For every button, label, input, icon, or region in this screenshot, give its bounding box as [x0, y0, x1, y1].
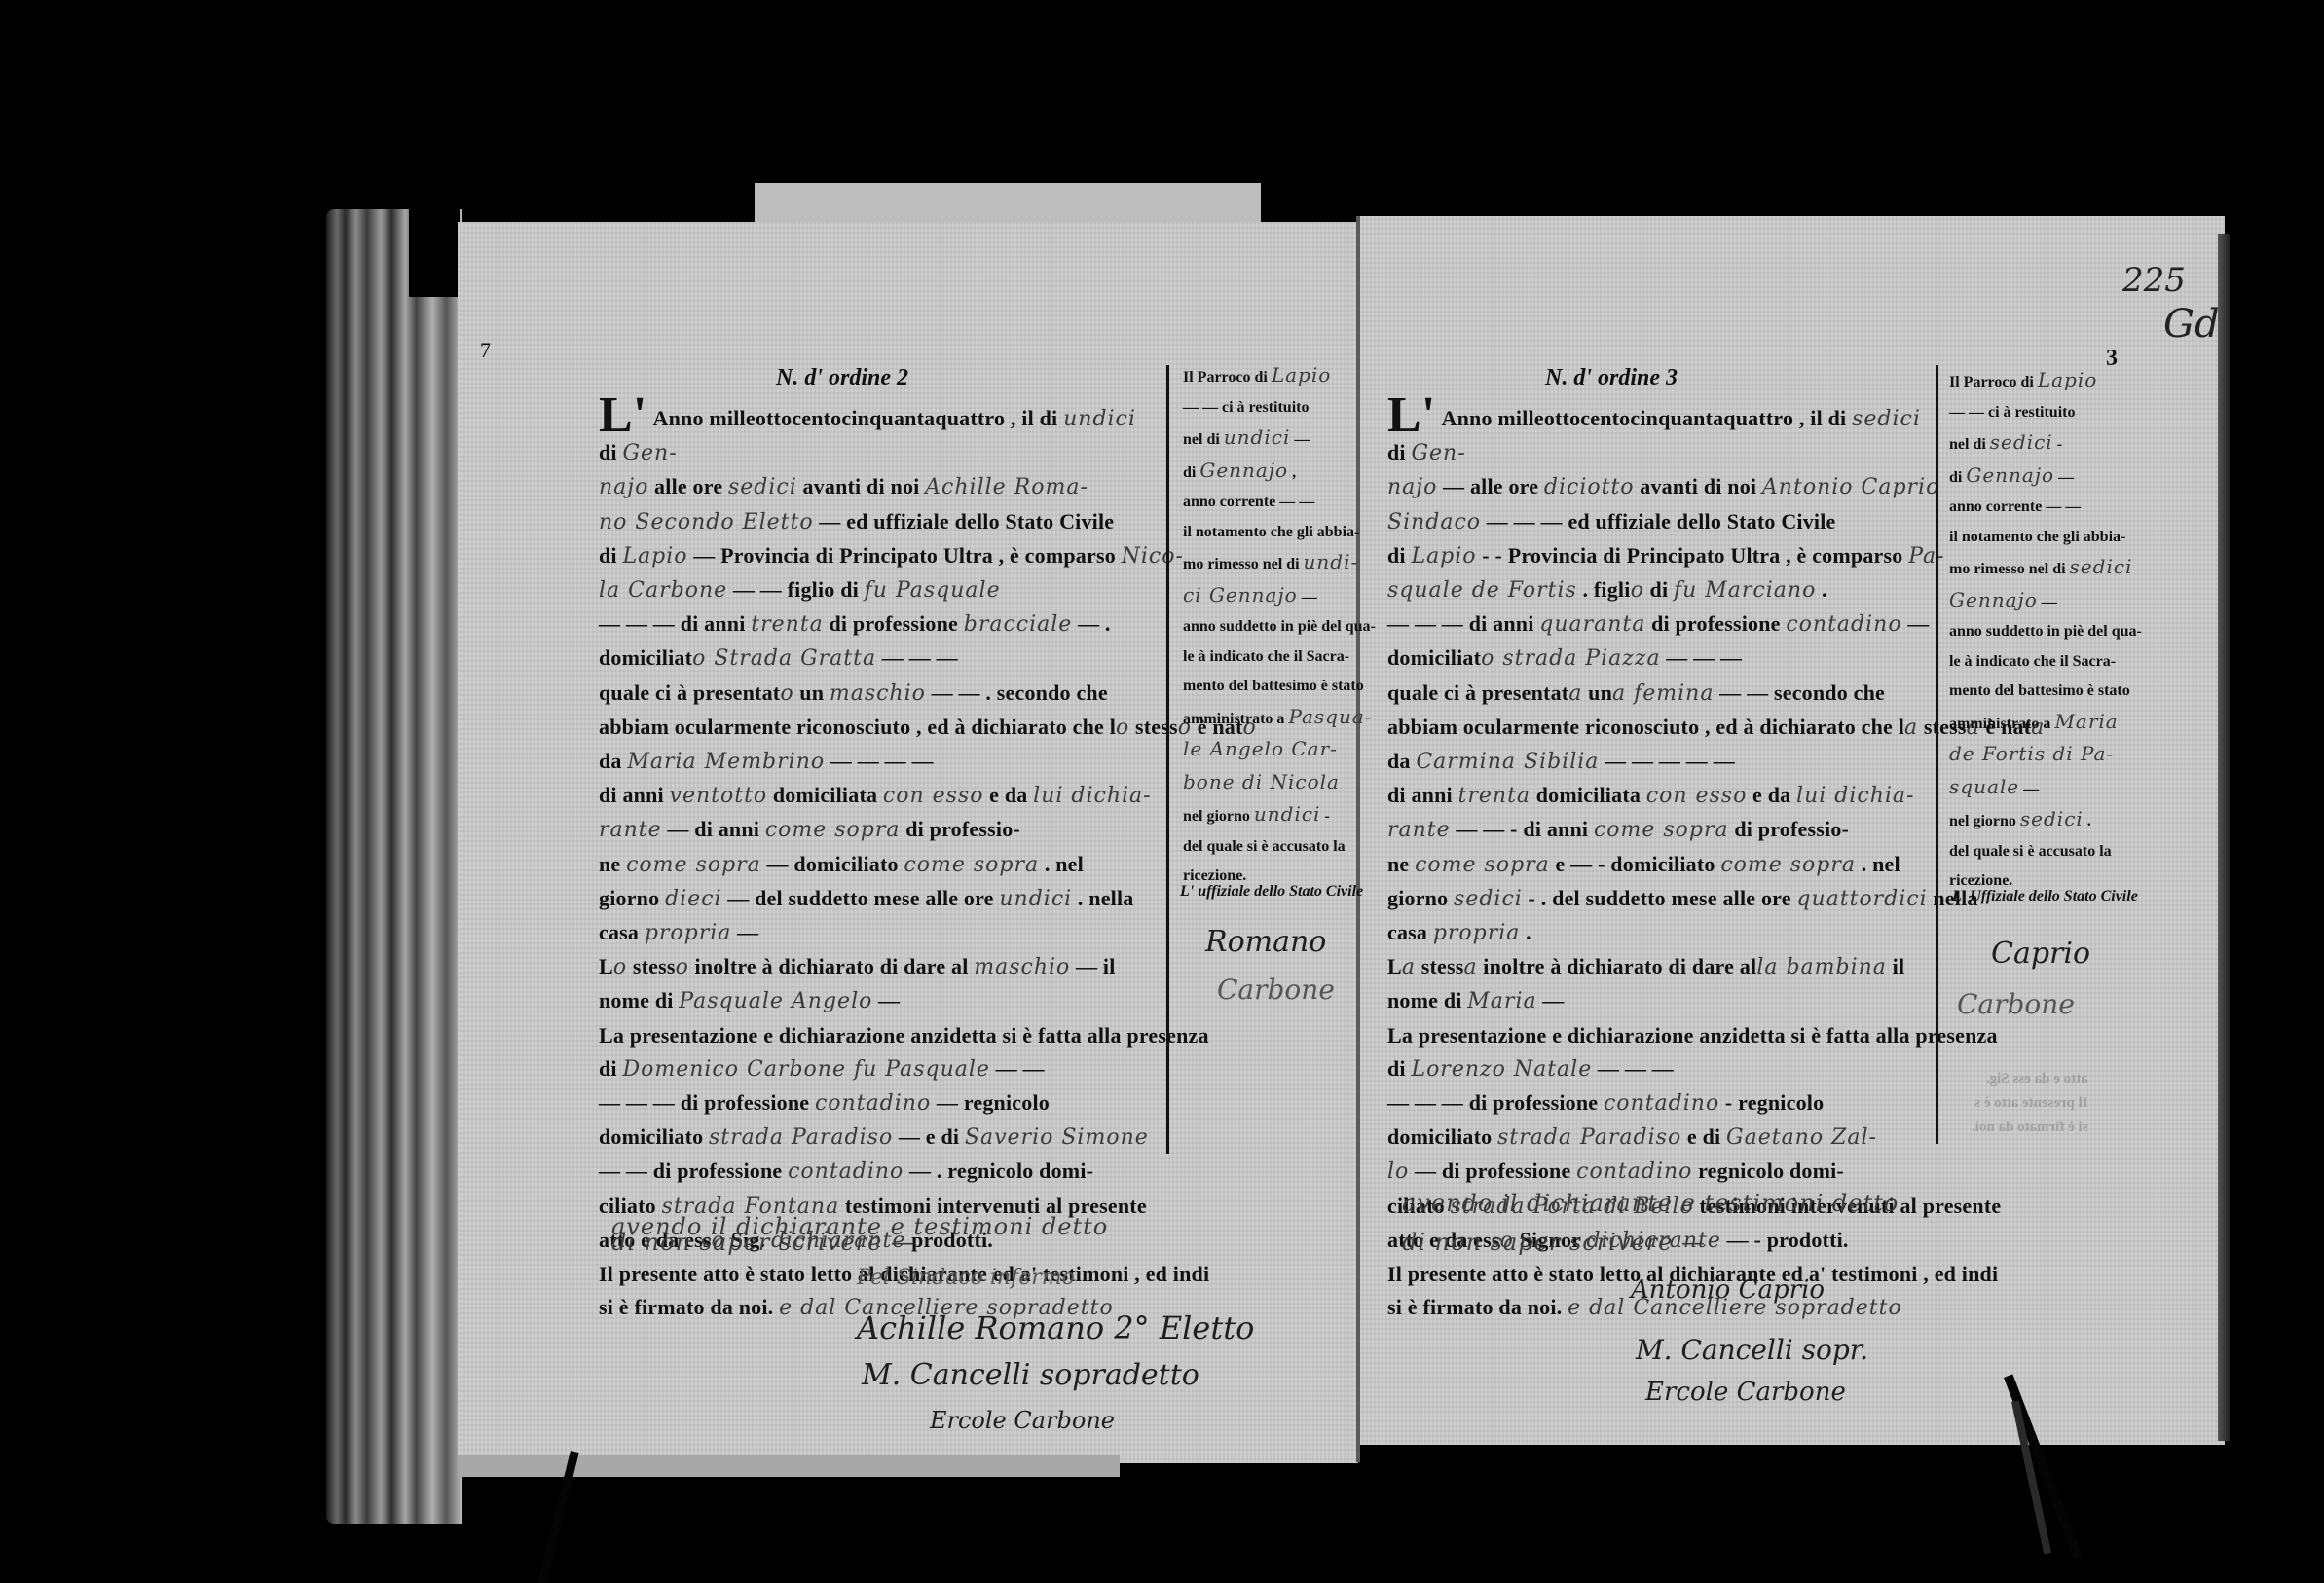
printed-text: mento del battesimo è stato [1949, 682, 2130, 699]
printed-text: — di anni [662, 817, 765, 841]
text-line: — — — di anni quaranta di professione co… [1387, 607, 1928, 642]
text-line: il notamento che gli abbia- [1949, 523, 2134, 553]
handwritten-entry: come sopra [904, 853, 1039, 877]
text-line: il notamento che gli abbia- [1183, 518, 1356, 548]
printed-text: — — secondo che [1714, 681, 1885, 705]
right-handwritten-tail-2: di non saper scrivere — [1402, 1229, 1706, 1256]
right-dropcap: L' [1387, 387, 1436, 443]
handwritten-entry: sedici [1852, 407, 1921, 431]
text-line: anno suddetto in piè del qua- [1183, 612, 1356, 643]
handwritten-entry: Nico- [1122, 544, 1184, 569]
handwritten-entry: a [1568, 681, 1582, 706]
handwritten-entry: Lorenzo Natale [1411, 1057, 1592, 1082]
right-officer-signature-1: Caprio [1991, 937, 2090, 971]
printed-text: . nella [1072, 886, 1133, 910]
handwritten-entry: sedici [728, 475, 797, 499]
handwritten-entry: come sopra [1720, 853, 1856, 877]
handwritten-entry: Maria Membrino [627, 750, 825, 774]
printed-text: — — di professione [599, 1159, 788, 1183]
text-line: casa propria — [599, 916, 1154, 950]
text-line: mo rimesso nel di sedici [1949, 552, 2134, 585]
printed-text: — . [1072, 611, 1110, 636]
printed-text: mo rimesso nel di [1183, 556, 1304, 572]
printed-text: stess [627, 954, 675, 978]
text-line: de Fortis di Pa- [1949, 739, 2134, 772]
handwritten-entry: Gennajo [1949, 588, 2038, 611]
handwritten-entry: come sopra [1415, 853, 1550, 877]
right-signature-1: Antonio Caprio [1631, 1275, 1825, 1305]
printed-text: casa [599, 920, 645, 944]
right-signature-2: M. Cancelli sopr. [1636, 1334, 1868, 1366]
printed-text: domiciliata [1531, 783, 1646, 807]
handwritten-entry: undici [999, 887, 1072, 911]
printed-text: — del suddetto mese alle ore [722, 886, 1000, 910]
handwritten-entry: Gaetano Zal- [1726, 1125, 1877, 1150]
printed-text: — [1537, 988, 1565, 1012]
text-line: quale ci à presentata una femina — — sec… [1387, 677, 1928, 711]
text-line: giorno sedici - . del suddetto mese alle… [1387, 882, 1928, 916]
printed-text: . figli [1577, 577, 1631, 602]
printed-text: — — — [876, 645, 958, 670]
handwritten-entry: trenta [751, 612, 824, 637]
printed-text: anno suddetto in piè del qua- [1183, 618, 1376, 635]
handwritten-entry: Pasqua- [1288, 705, 1372, 728]
handwritten-entry: o [613, 955, 627, 979]
printed-text: amministrato a [1949, 716, 2054, 732]
printed-text: — [2054, 469, 2074, 486]
printed-text: — . regnicolo domi- [904, 1159, 1093, 1183]
handwritten-entry: undici [1224, 425, 1291, 449]
text-line: squale de Fortis . figlio di fu Marciano… [1387, 573, 1928, 607]
left-column-rule [1166, 365, 1169, 1154]
handwritten-entry: squale [1949, 775, 2019, 798]
handwritten-entry: bone di Nicola [1183, 770, 1340, 793]
printed-text: . nel [1856, 852, 1900, 876]
text-line: del quale si è accusato la [1949, 837, 2134, 867]
text-line: rante — — - di anni come sopra di profes… [1387, 813, 1928, 847]
handwritten-entry: rante [599, 818, 662, 842]
printed-text: di anni [1387, 783, 1458, 807]
handwritten-entry: o [676, 955, 689, 979]
handwritten-entry: sedici [2070, 555, 2133, 578]
text-line: no Secondo Eletto — ed uffiziale dello S… [599, 505, 1154, 539]
left-officer-signature-2: Carbone [1217, 974, 1335, 1006]
printed-text: nome di [599, 988, 679, 1012]
printed-text: . [1520, 920, 1531, 944]
left-dropcap: L' [599, 387, 647, 443]
text-line: ne come sopra e — - domiciliato come sop… [1387, 848, 1928, 882]
handwritten-entry: undi- [1304, 550, 1359, 573]
text-line: casa propria . [1387, 916, 1928, 950]
text-line: abbiam ocularmente riconosciuto , ed à d… [599, 711, 1154, 745]
text-line: di Gennajo — [1949, 460, 2134, 494]
left-signature-4: Ercole Carbone [930, 1407, 1115, 1434]
spine-shadow [409, 209, 460, 297]
text-line: lo — di professione contadino regnicolo … [1387, 1155, 1928, 1189]
handwritten-entry: contadino [1576, 1160, 1692, 1184]
book-gutter [1356, 216, 1360, 1462]
printed-text: — — - di anni [1451, 817, 1594, 841]
handwritten-entry: rante [1387, 818, 1451, 842]
handwritten-entry: quaranta [1539, 612, 1645, 637]
text-line: Lo stesso inoltre à dichiarato di dare a… [599, 950, 1154, 984]
text-line: najo — alle ore diciotto avanti di noi A… [1387, 470, 1928, 504]
left-signature-1: Pel Sindaco infermo [857, 1266, 1075, 1290]
printed-text: nel di [1949, 436, 1990, 453]
text-line: di Lapio - - Provincia di Principato Ult… [1387, 539, 1928, 573]
right-officer-signature-2: Carbone [1957, 988, 2075, 1020]
handwritten-entry: Saverio Simone [965, 1125, 1149, 1150]
folio-number: 225 [2122, 261, 2186, 300]
text-line: La presentazione e dichiarazione anzidet… [599, 1019, 1154, 1052]
folio-mark: Gd [2163, 302, 2220, 347]
handwritten-entry: lo [1387, 1160, 1409, 1184]
left-record-title: N. d' ordine 2 [716, 365, 969, 391]
handwritten-entry: propria [1433, 921, 1521, 945]
printed-text: . [1816, 577, 1826, 602]
text-line: di Gennajo , [1183, 456, 1356, 489]
printed-text: - [1320, 808, 1329, 825]
text-line: mo rimesso nel di undi- [1183, 547, 1356, 580]
handwritten-entry: sedici [1990, 430, 2053, 454]
printed-text: — — — [1592, 1056, 1674, 1081]
printed-text: del quale si è accusato la [1183, 838, 1346, 855]
printed-text: di professio- [901, 817, 1020, 841]
handwritten-entry: Maria [1467, 989, 1536, 1013]
text-line: nome di Pasquale Angelo — [599, 984, 1154, 1018]
text-line: rante — di anni come sopra di professio- [599, 813, 1154, 847]
text-line: — — — di professione contadino - regnico… [1387, 1086, 1928, 1121]
handwritten-entry: contadino [1786, 612, 1901, 637]
printed-text: di [1949, 469, 1966, 486]
handwritten-entry: Lapio [2038, 368, 2097, 391]
handwritten-entry: ci Gennajo [1183, 583, 1298, 607]
handwritten-entry: Pasquale Angelo [679, 989, 872, 1013]
showthrough-text: atto e da ess Sig. Il presente atto è s … [1972, 1071, 2088, 1136]
text-line: La presentazione e dichiarazione anzidet… [1387, 1019, 1928, 1052]
left-handwritten-tail-2: di non saper scrivere — [611, 1229, 915, 1256]
printed-text: — ed uffiziale dello Stato Civile [814, 509, 1115, 534]
printed-text: anno suddetto in piè del qua- [1949, 623, 2142, 640]
handwritten-entry: Achille Roma- [925, 475, 1088, 499]
text-line: giorno dieci — del suddetto mese alle or… [599, 882, 1154, 916]
handwritten-entry: squale de Fortis [1387, 578, 1577, 603]
printed-text: — — — ed uffiziale dello Stato Civile [1481, 509, 1835, 534]
text-line: di anni trenta domiciliata con esso e da… [1387, 779, 1928, 813]
text-line: domiciliato strada Paradiso e di Gaetano… [1387, 1121, 1928, 1155]
printed-text: — — — di professione [1387, 1090, 1604, 1115]
text-line: di Lorenzo Natale — — — [1387, 1052, 1928, 1086]
printed-text: — — ci à restituito [1183, 399, 1309, 416]
printed-text: — - prodotti. [1721, 1228, 1849, 1252]
text-line: mento del battesimo è stato [1183, 672, 1356, 702]
handwritten-entry: Lapio [1272, 363, 1331, 387]
printed-text: si è firmato da noi. [599, 1295, 779, 1319]
printed-text: di anni [599, 783, 670, 807]
printed-text: nel di [1183, 431, 1224, 448]
text-line: nel di undici — [1183, 423, 1356, 456]
handwritten-entry: o strada Piazza [1481, 646, 1660, 671]
printed-text: da [1387, 749, 1416, 773]
text-line: — — di professione contadino — . regnico… [599, 1155, 1154, 1189]
printed-text: di professione [824, 611, 964, 636]
text-line: da Carmina Sibilia — — — — — [1387, 745, 1928, 779]
handwritten-entry: contadino [1604, 1091, 1719, 1116]
left-signature-3: M. Cancelli sopradetto [862, 1358, 1199, 1392]
printed-text: giorno [599, 886, 665, 910]
printed-text: — regnicolo [931, 1090, 1050, 1115]
handwritten-entry: Pa- [1908, 544, 1944, 569]
printed-text: nel giorno [1949, 813, 2020, 829]
right-column-rule [1936, 365, 1938, 1144]
text-line: najo alle ore sedici avanti di noi Achil… [599, 470, 1154, 504]
printed-text: quale ci à presentat [599, 681, 780, 705]
printed-text: — — figlio di [727, 577, 865, 602]
right-record-title: N. d' ordine 3 [1485, 365, 1738, 391]
printed-text: La presentazione e dichiarazione anzidet… [599, 1023, 1209, 1048]
printed-text: Il Parroco di [1183, 369, 1272, 386]
printed-text: nel giorno [1183, 808, 1254, 825]
printed-text: alle ore [648, 474, 728, 498]
handwritten-entry: Gennajo [1199, 459, 1288, 482]
printed-text: La presentazione e dichiarazione anzidet… [1387, 1023, 1998, 1048]
printed-text: di [1387, 440, 1411, 464]
page-bottom-curl [458, 1455, 1120, 1477]
right-handwritten-tail-1: avendo il dichiarante e testimoni detto [1402, 1190, 1899, 1217]
printed-text: e da [1747, 783, 1796, 807]
printed-text: ne [1387, 852, 1415, 876]
text-line: le Angelo Car- [1183, 734, 1356, 767]
printed-text: e di [1681, 1124, 1726, 1149]
text-line: di Domenico Carbone fu Pasquale — — [599, 1052, 1154, 1086]
handwritten-entry: sedici [1454, 887, 1523, 911]
printed-text: casa [1387, 920, 1433, 944]
text-line: quale ci à presentato un maschio — — . s… [599, 677, 1154, 711]
printed-text: Il Parroco di [1949, 374, 2038, 390]
handwritten-entry: come sopra [1594, 818, 1729, 842]
handwritten-entry: maschio [974, 955, 1070, 979]
printed-text: di [599, 1056, 622, 1081]
printed-text: inoltre à dichiarato di dare al [1478, 954, 1757, 978]
printed-text: — — — [1661, 645, 1743, 670]
printed-text: — [2038, 594, 2057, 610]
printed-text: — — — di professione [599, 1090, 815, 1115]
left-record-body: L'Anno milleottocentocinquantaquattro , … [599, 396, 1154, 1325]
text-line: ci Gennajo — [1183, 580, 1356, 613]
printed-text: ricezione. [1949, 872, 2012, 889]
printed-text: domiciliat [1387, 645, 1481, 670]
handwritten-entry: Gennajo [1966, 463, 2054, 487]
right-page-edge [2218, 234, 2230, 1441]
text-line: abbiam ocularmente riconosciuto , ed à d… [1387, 711, 1928, 745]
handwritten-entry: Carmina Sibilia [1416, 750, 1599, 774]
handwritten-entry: Antonio Caprio [1762, 475, 1939, 499]
printed-text: domiciliato [1387, 1124, 1497, 1149]
underlying-page-strip [755, 183, 1261, 222]
printed-text: del quale si è accusato la [1949, 843, 2112, 860]
handwritten-entry: propria [645, 921, 732, 945]
text-line: domiciliato strada Piazza — — — [1387, 642, 1928, 676]
printed-text: domiciliata [767, 783, 883, 807]
text-line: — — — di professione contadino — regnico… [599, 1086, 1154, 1121]
handwritten-entry: o [1116, 716, 1129, 740]
handwritten-entry: lui dichia- [1033, 784, 1151, 808]
handwritten-entry: Domenico Carbone fu Pasquale [622, 1057, 989, 1082]
printed-text: e da [983, 783, 1033, 807]
printed-text: , [1288, 464, 1296, 481]
printed-text: il notamento che gli abbia- [1949, 529, 2125, 545]
left-corner-mark: 7 [480, 338, 491, 363]
printed-text: — — [990, 1056, 1045, 1081]
handwritten-entry: contadino [788, 1160, 904, 1184]
printed-text: quale ci à presentat [1387, 681, 1568, 705]
printed-text: di [599, 543, 622, 568]
printed-text: — — — — [825, 749, 934, 773]
printed-text: e — - domiciliato [1550, 852, 1721, 876]
left-parish-column: Il Parroco di Lapio— — ci à restituitone… [1183, 360, 1356, 892]
left-signature-2: Achille Romano 2° Eletto [857, 1309, 1254, 1346]
printed-text: di professio- [1729, 817, 1849, 841]
printed-text: un [794, 681, 830, 705]
text-line: squale — [1949, 772, 2134, 805]
printed-text: — alle ore [1437, 474, 1544, 498]
printed-text: di [1644, 577, 1674, 602]
text-line: del quale si è accusato la [1183, 832, 1356, 863]
handwritten-entry: strada Paradiso [1497, 1125, 1681, 1150]
text-line: di anni ventotto domiciliata con esso e … [599, 779, 1154, 813]
printed-text: nome di [1387, 988, 1467, 1012]
left-officer-heading: L' uffiziale dello Stato Civile [1180, 883, 1363, 901]
text-line: amministrato a Pasqua- [1183, 702, 1356, 735]
text-line: le à indicato che il Sacra- [1949, 647, 2134, 678]
printed-text: le à indicato che il Sacra- [1183, 648, 1349, 665]
printed-text: da [599, 749, 627, 773]
printed-text: giorno [1387, 886, 1454, 910]
handwritten-entry: undici [1063, 407, 1136, 431]
handwritten-entry: la bambina [1756, 955, 1887, 979]
text-line: Il Parroco di Lapio [1183, 360, 1356, 393]
handwritten-entry: undici [1254, 802, 1321, 826]
printed-text: . [2084, 813, 2091, 829]
printed-text: — [1298, 589, 1317, 606]
printed-text: ne [599, 852, 626, 876]
text-line: domiciliato strada Paradiso — e di Saver… [599, 1121, 1154, 1155]
handwritten-entry: no Secondo Eletto [599, 510, 814, 534]
text-line: amministrato a Maria [1949, 707, 2134, 740]
text-line: — — ci à restituito [1183, 393, 1356, 423]
handwritten-entry: Lapio [1411, 544, 1476, 569]
text-line: — — ci à restituito [1949, 398, 2134, 428]
printed-text: anno corrente — — [1183, 494, 1314, 510]
printed-text: domiciliato [599, 1124, 709, 1149]
printed-text: - - Provincia di Principato Ultra , è co… [1477, 543, 1909, 568]
printed-text: — di professione [1409, 1159, 1576, 1183]
printed-text: Anno milleottocentocinquantaquattro , il… [1442, 406, 1853, 430]
printed-text: . nel [1039, 852, 1084, 876]
text-line: nel di sedici - [1949, 427, 2134, 460]
text-line: Il Parroco di Lapio [1949, 365, 2134, 398]
printed-text: inoltre à dichiarato di dare al [689, 954, 974, 978]
handwritten-entry: la Carbone [599, 578, 727, 603]
handwritten-entry: a femina [1612, 681, 1714, 706]
text-line: la Carbone — — figlio di fu Pasquale [599, 573, 1154, 607]
handwritten-entry: dieci [665, 887, 722, 911]
text-line: anno corrente — — [1183, 488, 1356, 518]
printed-text: mo rimesso nel di [1949, 561, 2070, 577]
handwritten-entry: a [1904, 716, 1918, 740]
printed-text: — — — di anni [1387, 611, 1539, 636]
handwritten-entry: con esso [1646, 784, 1748, 808]
text-line: Sindaco — — — ed uffiziale dello Stato C… [1387, 505, 1928, 539]
book-spine-edges [326, 209, 462, 1524]
handwritten-entry: Gen- [1411, 441, 1465, 465]
printed-text: — [1290, 431, 1310, 448]
handwritten-entry: fu Marciano [1674, 578, 1816, 603]
printed-text: il [1887, 954, 1904, 978]
handwritten-entry: Sindaco [1387, 510, 1481, 534]
text-line: mento del battesimo è stato [1949, 677, 2134, 707]
handwritten-entry: Gen- [622, 441, 677, 465]
printed-text: anno corrente — — [1949, 498, 2081, 515]
printed-text: — — — — — [1599, 749, 1735, 773]
handwritten-entry: sedici [2020, 807, 2084, 830]
handwritten-entry: lui dichia- [1796, 784, 1914, 808]
printed-text: mento del battesimo è stato [1183, 678, 1364, 694]
handwritten-entry: o Strada Gratta [692, 646, 876, 671]
text-line: nel giorno undici - [1183, 799, 1356, 832]
printed-text: — domiciliato [761, 852, 904, 876]
printed-text: — — — di anni [599, 611, 751, 636]
text-line: le à indicato che il Sacra- [1183, 643, 1356, 673]
printed-text: — e di [893, 1124, 965, 1149]
printed-text: le à indicato che il Sacra- [1949, 653, 2116, 670]
printed-text: — [872, 988, 900, 1012]
printed-text: - regnicolo [1719, 1090, 1824, 1115]
right-officer-heading: L' Uffiziale dello Stato Civile [1952, 888, 2138, 905]
printed-text: L [1387, 954, 1402, 978]
text-line: — — — di anni trenta di professione brac… [599, 607, 1154, 642]
printed-text: di professione [1645, 611, 1786, 636]
handwritten-entry: a [1463, 955, 1477, 979]
right-signature-3: Ercole Carbone [1645, 1378, 1846, 1407]
text-line: bone di Nicola [1183, 767, 1356, 800]
printed-text: - [2053, 436, 2062, 453]
handwritten-entry: bracciale [964, 612, 1073, 637]
printed-text: di [1387, 1056, 1411, 1081]
handwritten-entry: ventotto [670, 784, 768, 808]
text-line: di Lapio — Provincia di Principato Ultra… [599, 539, 1154, 573]
handwritten-entry: o [780, 681, 793, 706]
printed-text: — il [1070, 954, 1115, 978]
printed-text: avanti di noi [1635, 474, 1762, 498]
printed-text: abbiam ocularmente riconosciuto , ed à d… [599, 715, 1116, 739]
printed-text: L [599, 954, 613, 978]
printed-text: domiciliat [599, 645, 692, 670]
handwritten-entry: trenta [1458, 784, 1531, 808]
left-officer-signature-1: Romano [1205, 925, 1326, 959]
right-parish-column: Il Parroco di Lapio— — ci à restituitone… [1949, 365, 2134, 897]
text-line: nel giorno sedici . [1949, 804, 2134, 837]
printed-text: stess [1416, 954, 1463, 978]
handwritten-entry: o [1631, 578, 1644, 603]
printed-text: Anno milleottocentocinquantaquattro , il… [653, 406, 1064, 430]
text-line: nome di Maria — [1387, 984, 1928, 1018]
handwritten-entry: Lapio [622, 544, 687, 569]
printed-text: ricezione. [1183, 867, 1246, 884]
handwritten-entry: come sopra [765, 818, 901, 842]
printed-text: — — ci à restituito [1949, 404, 2075, 421]
right-record-body: L'Anno milleottocentocinquantaquattro , … [1387, 396, 1928, 1325]
